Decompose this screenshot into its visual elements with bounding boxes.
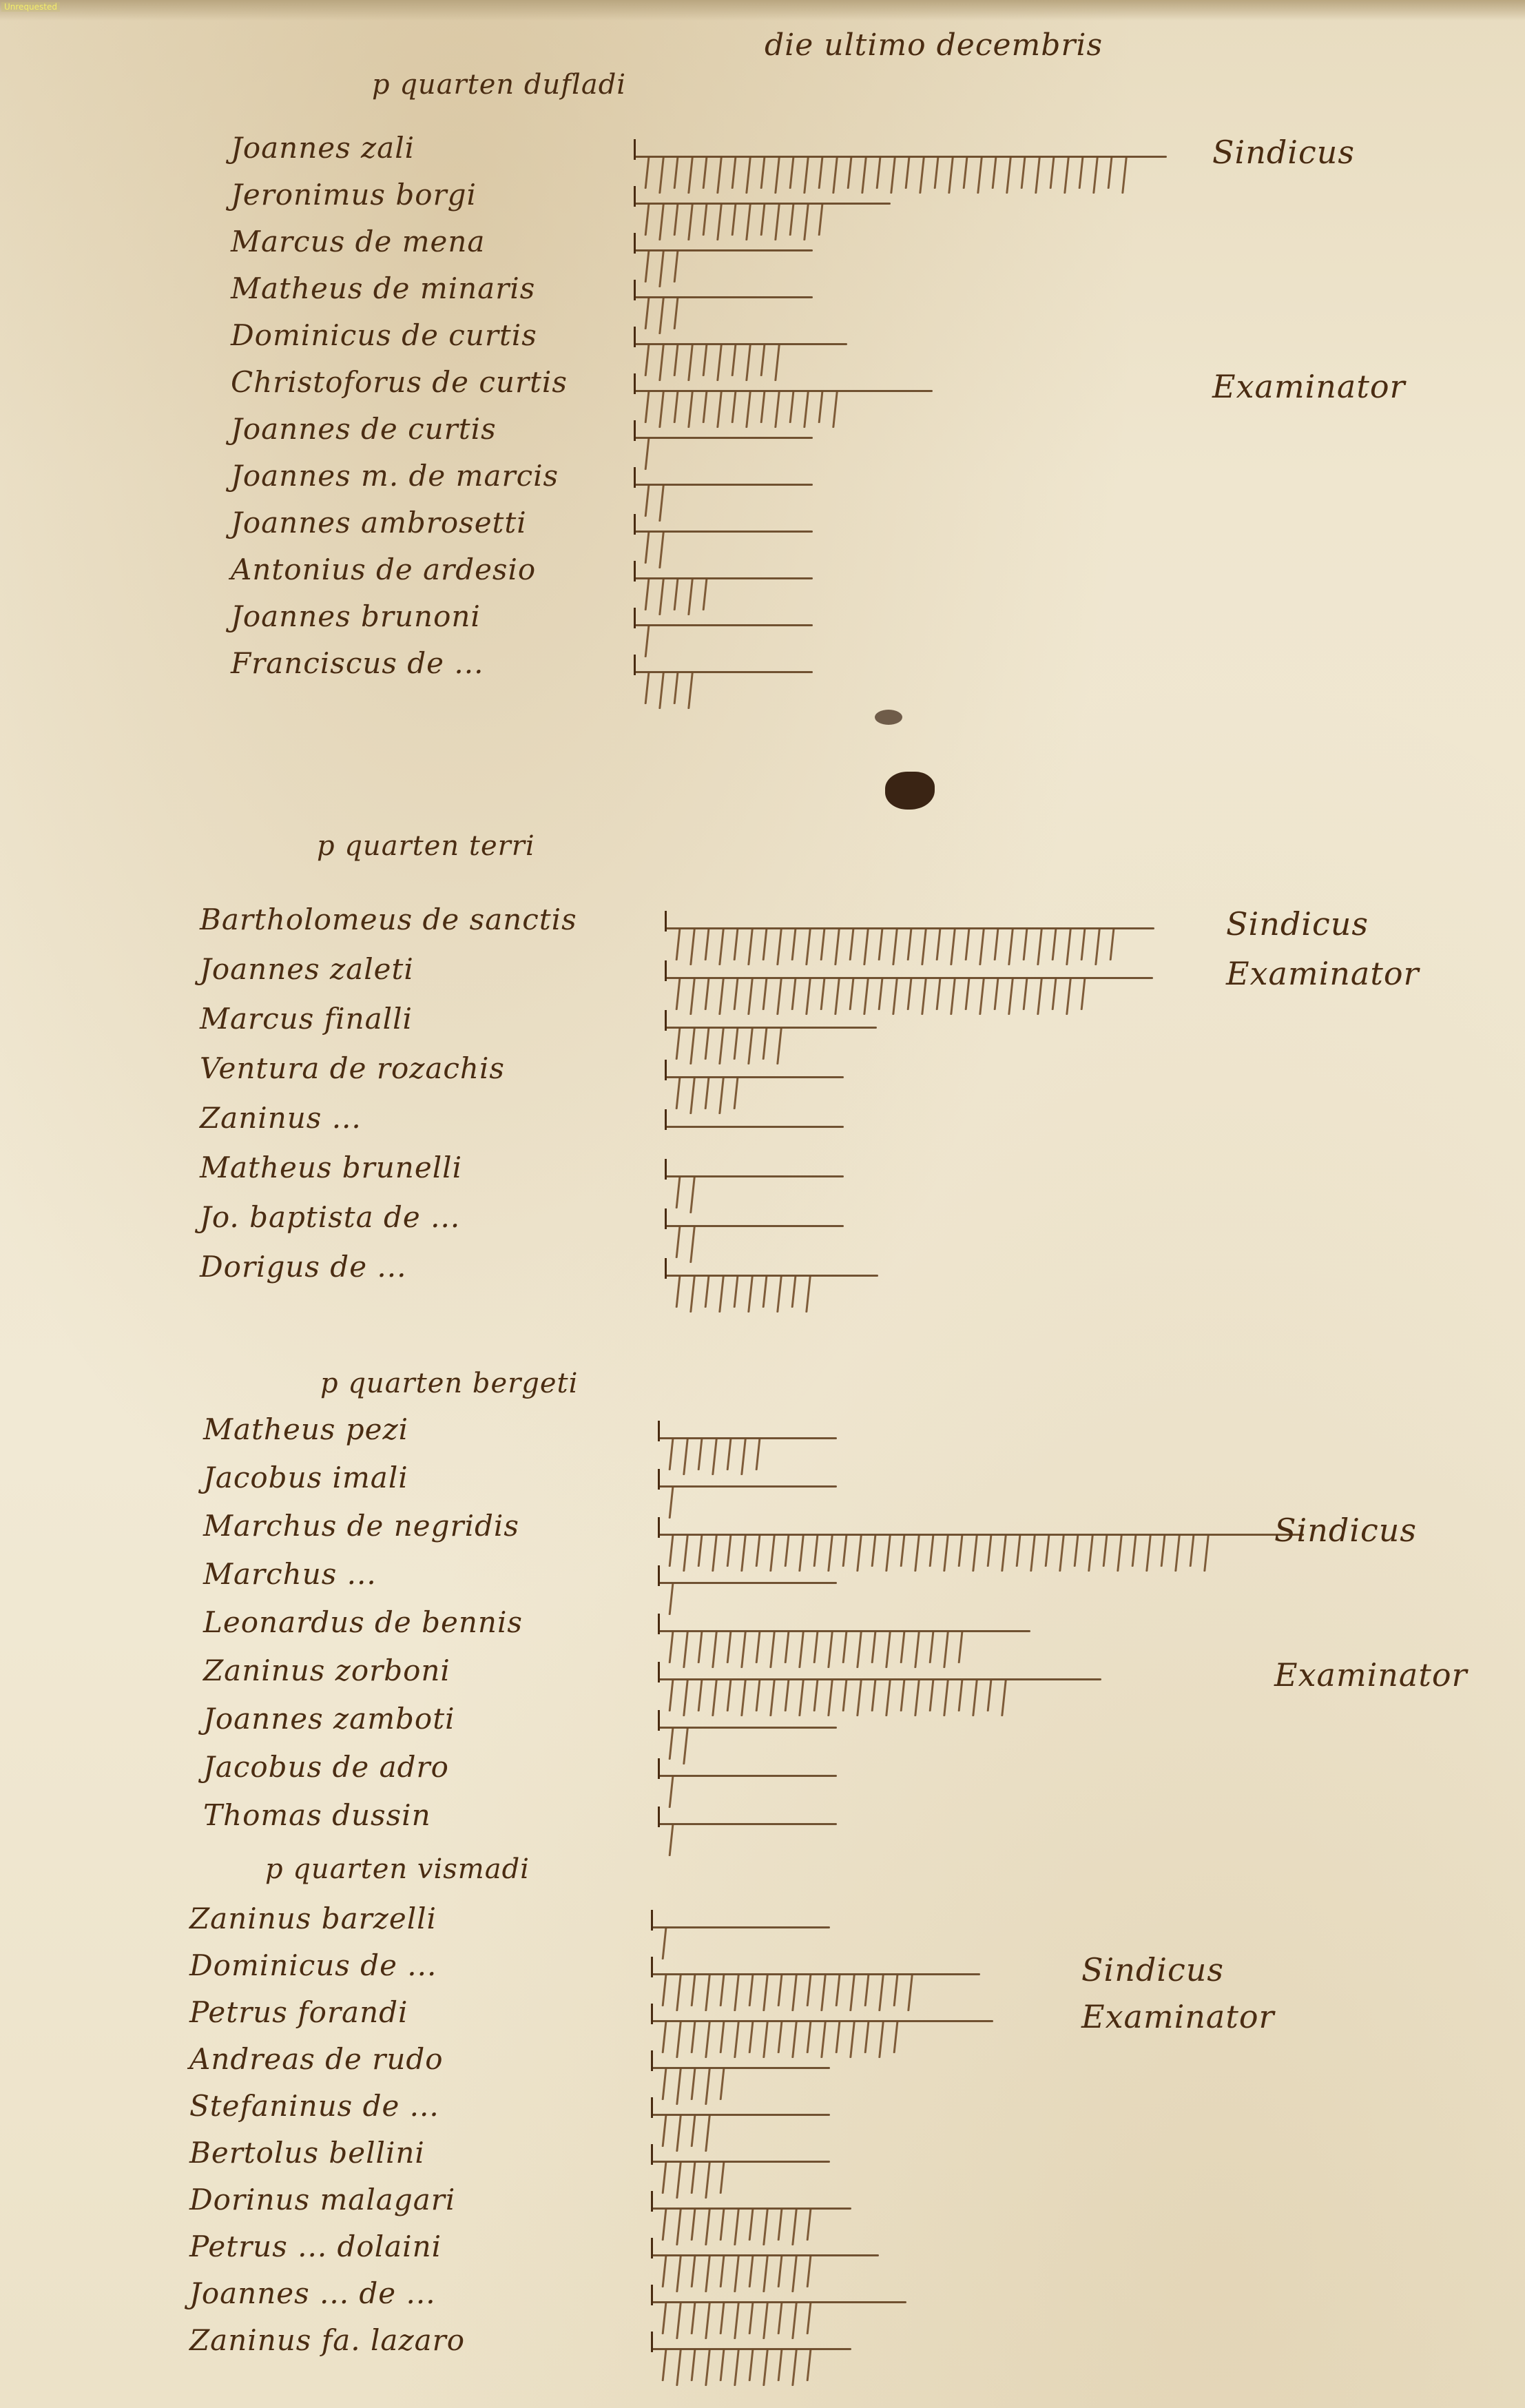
tally-mark <box>687 204 694 240</box>
tally-mark <box>676 1028 681 1060</box>
tally-row <box>651 2344 851 2399</box>
tally-mark <box>1035 157 1041 194</box>
tally-mark <box>791 1276 797 1308</box>
tally-baseline <box>634 203 891 205</box>
tally-mark <box>658 298 665 334</box>
tally-mark <box>972 1535 978 1572</box>
tally-mark <box>834 929 840 965</box>
tally-mark <box>1174 1535 1181 1572</box>
tally-mark <box>934 157 940 189</box>
tally-baseline <box>665 1275 878 1277</box>
tally-start-mark <box>651 2144 653 2165</box>
tally-mark <box>716 204 723 240</box>
tally-mark <box>674 298 679 329</box>
tally-baseline <box>658 1775 837 1777</box>
tally-mark <box>849 929 855 960</box>
tally-mark <box>778 2303 783 2334</box>
tally-mark <box>760 344 766 376</box>
tally-mark <box>789 157 795 189</box>
tally-mark <box>878 929 884 960</box>
tally-mark <box>676 2349 682 2386</box>
tally-mark <box>979 978 985 1015</box>
tally-mark <box>760 391 766 423</box>
tally-row <box>665 1221 844 1276</box>
tally-mark <box>785 1632 790 1663</box>
tally-start-mark <box>651 2238 653 2258</box>
tally-mark <box>958 1632 964 1663</box>
tally-mark <box>676 2256 682 2292</box>
candidate-name: Jacobus de adro <box>203 1750 449 1784</box>
tally-mark <box>813 1680 819 1711</box>
tally-mark <box>720 2256 725 2287</box>
date-line: die ultimo decembris <box>765 28 1103 63</box>
tally-mark <box>936 929 942 960</box>
candidate-name: Joannes ... de ... <box>189 2276 436 2310</box>
tally-mark <box>789 391 795 423</box>
tally-baseline <box>651 2020 993 2022</box>
tally-mark <box>791 2256 798 2292</box>
tally-start-mark <box>634 420 636 441</box>
tally-mark <box>785 1535 790 1567</box>
tally-mark <box>958 1535 964 1567</box>
tally-mark <box>734 1028 739 1060</box>
tally-mark <box>662 2115 667 2147</box>
tally-mark <box>745 344 751 381</box>
tally-row <box>658 1722 837 1778</box>
candidate-name: Joannes zamboti <box>203 1702 455 1736</box>
tally-mark <box>849 1975 855 2011</box>
tally-mark <box>762 2303 769 2339</box>
tally-mark <box>747 929 754 965</box>
tally-mark <box>669 1535 674 1567</box>
tally-mark <box>1145 1535 1152 1572</box>
tally-row <box>665 1270 878 1326</box>
tally-mark <box>856 1680 862 1716</box>
tally-mark <box>698 1632 703 1663</box>
tally-mark <box>689 1078 696 1114</box>
tally-mark <box>662 2209 667 2241</box>
tally-mark <box>740 1632 747 1668</box>
tally-mark <box>718 1276 725 1313</box>
tally-mark <box>645 485 650 517</box>
tally-mark <box>798 1632 805 1668</box>
tally-start-mark <box>651 2050 653 2071</box>
tally-mark <box>658 157 665 194</box>
tally-mark <box>662 1928 667 1959</box>
tally-mark <box>756 1535 761 1567</box>
tally-mark <box>687 157 694 194</box>
tally-mark <box>645 344 650 376</box>
tally-mark <box>836 1975 841 2006</box>
tally-baseline <box>634 531 813 533</box>
tally-mark <box>691 1975 696 2006</box>
tally-mark <box>674 204 679 236</box>
tally-mark <box>683 1535 689 1572</box>
tally-mark <box>791 2349 798 2386</box>
tally-mark <box>958 1680 964 1711</box>
tally-mark <box>943 1535 949 1572</box>
tally-mark <box>718 1028 725 1064</box>
tally-mark <box>691 2021 696 2053</box>
tally-mark <box>1074 1535 1079 1567</box>
tally-mark <box>676 929 681 960</box>
tally-mark <box>832 391 838 428</box>
tally-mark <box>762 2021 769 2058</box>
tally-mark <box>943 1632 949 1668</box>
tally-mark <box>662 2303 667 2334</box>
tally-mark <box>662 2162 667 2194</box>
tally-mark <box>1023 929 1028 960</box>
tally-mark <box>1066 978 1072 1015</box>
tally-mark <box>907 1975 913 2011</box>
tally-row <box>665 923 1154 978</box>
tally-mark <box>658 532 665 568</box>
tally-mark <box>1030 1535 1036 1572</box>
tally-mark <box>749 2256 754 2287</box>
tally-mark <box>1092 157 1099 194</box>
tally-mark <box>834 978 840 1015</box>
tally-mark <box>705 2021 711 2058</box>
page-edge <box>0 0 1525 21</box>
tally-mark <box>856 1632 862 1668</box>
tally-mark <box>676 1226 681 1258</box>
candidate-name: Marchus ... <box>203 1557 377 1591</box>
tally-mark <box>807 1975 812 2006</box>
tally-mark <box>919 157 925 194</box>
tally-mark <box>676 978 681 1010</box>
tally-mark <box>683 1439 689 1475</box>
candidate-name: Marcus de mena <box>231 225 485 258</box>
tally-mark <box>1016 1535 1021 1567</box>
tally-mark <box>1095 929 1101 965</box>
tally-baseline <box>634 156 1167 158</box>
tally-mark <box>929 1632 935 1663</box>
tally-mark <box>718 978 725 1015</box>
tally-mark <box>734 1276 739 1308</box>
candidate-name: Andreas de rudo <box>189 2042 444 2076</box>
tally-row <box>665 1122 844 1177</box>
tally-start-mark <box>658 1517 660 1538</box>
tally-row <box>634 667 813 722</box>
tally-start-mark <box>665 1208 667 1229</box>
tally-mark <box>689 929 696 965</box>
tally-mark <box>1081 929 1086 960</box>
tally-mark <box>669 1824 674 1856</box>
tally-mark <box>994 978 999 1010</box>
tally-mark <box>703 344 708 376</box>
tally-mark <box>674 157 679 189</box>
tally-mark <box>803 391 809 428</box>
tally-mark <box>658 344 665 381</box>
tally-mark <box>807 2303 812 2334</box>
tally-mark <box>900 1632 906 1663</box>
tally-mark <box>732 204 737 236</box>
tally-mark <box>762 978 768 1010</box>
candidate-name: Marchus de negridis <box>203 1509 519 1543</box>
tally-baseline <box>634 343 847 345</box>
tally-start-mark <box>658 1758 660 1779</box>
tally-mark <box>992 157 997 189</box>
tally-mark <box>1190 1535 1195 1567</box>
tally-mark <box>734 2209 740 2245</box>
tally-mark <box>720 2068 725 2100</box>
candidate-name: Bertolus bellini <box>189 2136 425 2170</box>
tally-mark <box>769 1680 776 1716</box>
tally-mark <box>727 1439 732 1470</box>
tally-mark <box>645 251 650 282</box>
tally-mark <box>645 672 650 704</box>
tally-mark <box>977 157 983 194</box>
tally-mark <box>669 1680 674 1711</box>
tally-mark <box>727 1632 732 1663</box>
tally-mark <box>669 1439 674 1470</box>
tally-mark <box>691 2209 696 2241</box>
tally-mark <box>691 2349 696 2381</box>
tally-mark <box>963 157 968 189</box>
tally-mark <box>662 2068 667 2100</box>
tally-baseline <box>634 296 813 298</box>
tally-baseline <box>634 671 813 673</box>
tally-start-mark <box>658 1421 660 1441</box>
tally-mark <box>1001 1535 1007 1572</box>
tally-mark <box>1037 929 1043 965</box>
tally-row <box>658 1433 837 1488</box>
tally-mark <box>727 1535 732 1567</box>
candidate-name: Joannes zali <box>231 131 415 165</box>
tally-start-mark <box>665 1159 667 1180</box>
tally-mark <box>716 157 723 194</box>
tally-baseline <box>651 2254 879 2256</box>
tally-mark <box>1021 157 1026 189</box>
candidate-name: Joannes brunoni <box>231 599 481 633</box>
tally-mark <box>1088 1535 1094 1572</box>
tally-mark <box>827 1535 833 1572</box>
tally-start-mark <box>634 280 636 300</box>
tally-mark <box>994 929 999 960</box>
tally-mark <box>745 157 751 194</box>
tally-mark <box>863 929 869 965</box>
tally-mark <box>791 2303 798 2339</box>
tally-baseline <box>658 1630 1030 1632</box>
tally-mark <box>972 1680 978 1716</box>
tally-mark <box>747 1276 754 1313</box>
tally-mark <box>1008 978 1014 1015</box>
section-title: p quarten vismadi <box>265 1853 530 1885</box>
tally-mark <box>1037 978 1043 1015</box>
tally-start-mark <box>658 1807 660 1827</box>
tally-mark <box>747 1028 754 1064</box>
tally-start-mark <box>634 608 636 628</box>
tally-mark <box>1059 1535 1065 1572</box>
tally-mark <box>734 2256 740 2292</box>
tally-mark <box>712 1535 718 1572</box>
tally-mark <box>720 2021 725 2053</box>
tally-mark <box>687 344 694 381</box>
tally-mark <box>864 2021 870 2053</box>
elected-role-label: Examinator <box>1212 368 1406 405</box>
tally-mark <box>1081 978 1086 1010</box>
tally-mark <box>1121 157 1128 194</box>
tally-mark <box>676 1078 681 1109</box>
candidate-name: Joannes m. de marcis <box>231 459 559 493</box>
tally-mark <box>705 2162 711 2199</box>
tally-start-mark <box>651 2191 653 2212</box>
tally-mark <box>712 1680 718 1716</box>
elected-role-label: Examinator <box>1274 1656 1468 1694</box>
tally-mark <box>691 2115 696 2147</box>
tally-mark <box>645 626 650 657</box>
tally-mark <box>885 1535 891 1572</box>
candidate-name: Joannes de curtis <box>231 412 497 446</box>
tally-mark <box>827 1632 833 1668</box>
tally-mark <box>885 1680 891 1716</box>
tally-mark <box>907 929 913 960</box>
candidate-name: Zaninus ... <box>200 1101 362 1135</box>
tally-baseline <box>651 1926 830 1928</box>
tally-mark <box>732 157 737 189</box>
tally-mark <box>718 929 725 965</box>
tally-baseline <box>658 1727 837 1729</box>
candidate-name: Petrus ... dolaini <box>189 2230 442 2263</box>
tally-start-mark <box>658 1614 660 1634</box>
tally-mark <box>807 2209 812 2241</box>
candidate-name: Petrus forandi <box>189 1995 408 2029</box>
tally-baseline <box>665 1076 844 1078</box>
tally-mark <box>892 978 898 1015</box>
tally-mark <box>820 1975 827 2011</box>
tally-start-mark <box>658 1662 660 1682</box>
tally-baseline <box>658 1678 1101 1680</box>
tally-baseline <box>634 484 813 486</box>
tally-mark <box>863 978 869 1015</box>
tally-mark <box>805 1276 811 1313</box>
tally-mark <box>705 2256 711 2292</box>
tally-start-mark <box>665 1060 667 1080</box>
tally-mark <box>979 929 985 965</box>
tally-mark <box>818 157 824 189</box>
tally-mark <box>734 2303 740 2339</box>
tally-row <box>665 1072 844 1127</box>
tally-mark <box>1161 1535 1166 1567</box>
tally-mark <box>705 1975 711 2011</box>
ink-spatter <box>875 710 902 725</box>
candidate-name: Dominicus de curtis <box>231 318 537 352</box>
tally-start-mark <box>658 1469 660 1490</box>
scan-stamp: Unrequested <box>1 2 60 12</box>
tally-mark <box>987 1535 993 1567</box>
tally-start-mark <box>634 233 636 254</box>
tally-row <box>665 1022 877 1078</box>
tally-mark <box>914 1680 920 1716</box>
tally-mark <box>914 1535 920 1572</box>
tally-mark <box>762 2349 769 2386</box>
tally-start-mark <box>651 2097 653 2118</box>
tally-mark <box>745 391 751 428</box>
tally-mark <box>645 579 650 610</box>
tally-mark <box>1064 157 1070 194</box>
tally-mark <box>691 2256 696 2287</box>
tally-mark <box>890 157 896 194</box>
tally-mark <box>1006 157 1012 194</box>
tally-mark <box>762 929 768 960</box>
tally-start-mark <box>634 467 636 488</box>
tally-start-mark <box>665 960 667 981</box>
tally-mark <box>658 579 665 615</box>
tally-mark <box>807 2349 812 2381</box>
tally-mark <box>756 1632 761 1663</box>
candidate-name: Christoforus de curtis <box>231 365 568 399</box>
tally-mark <box>778 2209 783 2241</box>
tally-start-mark <box>651 1957 653 1977</box>
tally-mark <box>734 2021 740 2058</box>
tally-row <box>658 1578 837 1633</box>
tally-mark <box>856 1535 862 1572</box>
tally-baseline <box>651 2067 830 2069</box>
tally-mark <box>732 344 737 376</box>
tally-mark <box>1108 157 1113 189</box>
tally-mark <box>645 391 650 423</box>
tally-mark <box>705 978 710 1010</box>
tally-mark <box>705 2303 711 2339</box>
tally-mark <box>914 1632 920 1668</box>
tally-mark <box>747 978 754 1015</box>
tally-baseline <box>651 2301 906 2303</box>
tally-mark <box>900 1535 906 1567</box>
tally-mark <box>807 2256 812 2287</box>
tally-mark <box>1103 1535 1108 1567</box>
tally-mark <box>987 1680 993 1711</box>
tally-mark <box>756 1680 761 1711</box>
tally-mark <box>662 2256 667 2287</box>
tally-mark <box>674 672 679 704</box>
tally-baseline <box>634 437 813 439</box>
tally-mark <box>776 1028 782 1064</box>
tally-mark <box>712 1439 718 1475</box>
tally-start-mark <box>665 1258 667 1279</box>
tally-mark <box>687 672 694 709</box>
tally-mark <box>676 1975 682 2011</box>
candidate-name: Leonardus de bennis <box>203 1605 523 1639</box>
tally-mark <box>676 2209 682 2245</box>
tally-mark <box>776 1276 782 1313</box>
tally-mark <box>674 391 679 423</box>
tally-start-mark <box>651 2332 653 2352</box>
tally-mark <box>645 298 650 329</box>
elected-role-label: Examinator <box>1081 1998 1275 2035</box>
tally-mark <box>778 2349 783 2381</box>
tally-start-mark <box>665 911 667 932</box>
candidate-name: Franciscus de ... <box>231 646 484 680</box>
tally-baseline <box>658 1485 837 1488</box>
tally-mark <box>720 2209 725 2241</box>
tally-mark <box>676 1276 681 1308</box>
tally-baseline <box>651 2114 830 2116</box>
tally-mark <box>676 2068 682 2105</box>
tally-mark <box>921 929 927 965</box>
tally-mark <box>803 157 809 194</box>
tally-mark <box>820 978 826 1010</box>
candidate-name: Stefaninus de ... <box>189 2089 439 2123</box>
tally-mark <box>703 204 708 236</box>
tally-mark <box>705 2349 711 2386</box>
tally-mark <box>676 2115 682 2152</box>
tally-mark <box>791 978 797 1010</box>
tally-mark <box>818 391 824 423</box>
tally-mark <box>705 1276 710 1308</box>
tally-mark <box>943 1680 949 1716</box>
tally-baseline <box>665 1175 844 1177</box>
tally-mark <box>720 1975 725 2006</box>
